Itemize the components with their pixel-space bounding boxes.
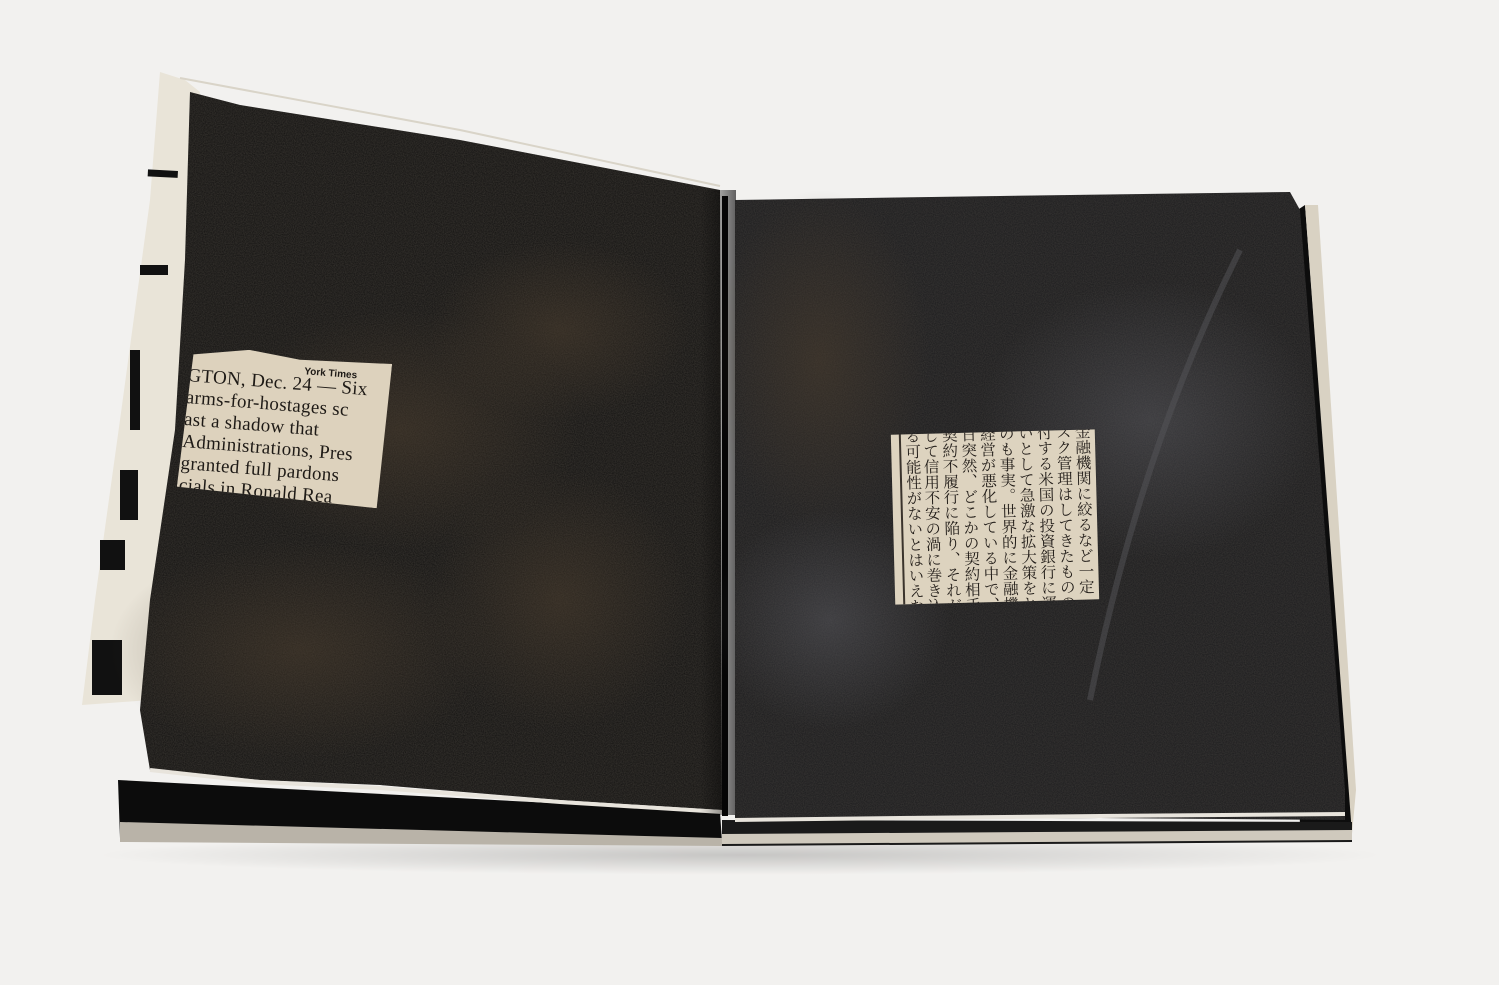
photo-scene: York Times GTON, Dec. 24 — Six arms-for-… xyxy=(0,0,1499,985)
clipping-column: 金融機関に絞るなど一定 xyxy=(1073,429,1095,594)
newspaper-clipping-english: York Times GTON, Dec. 24 — Six arms-for-… xyxy=(176,345,392,509)
newspaper-clipping-japanese: 金融機関に絞るなど一定 スク管理はしてきたものの 付する米国の投資銀行に運 いと… xyxy=(891,429,1099,604)
open-book xyxy=(0,0,1499,985)
